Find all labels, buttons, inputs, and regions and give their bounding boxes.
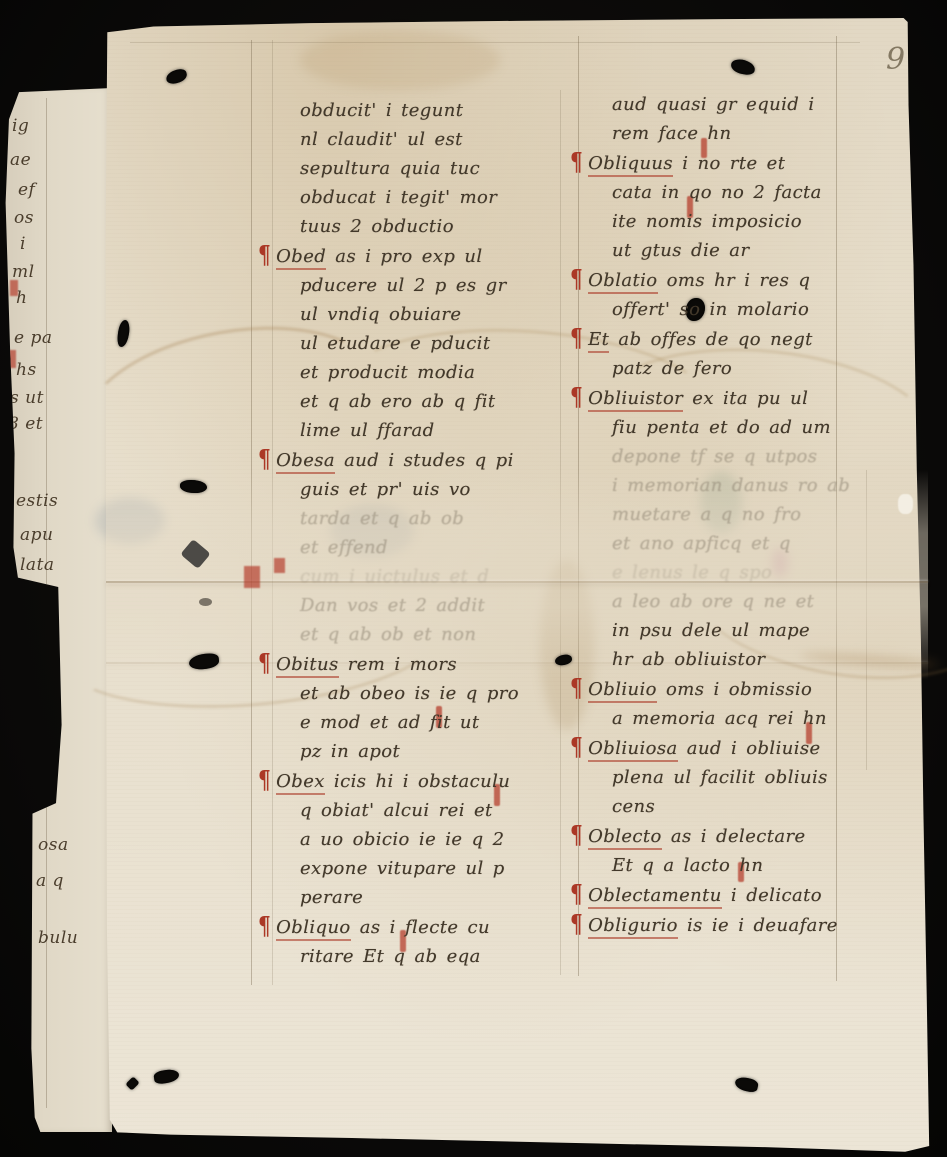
- gray-spot: [199, 598, 212, 606]
- text-line: et q ab ero ab q fit: [300, 387, 560, 416]
- text-line: rem face hn: [612, 119, 892, 148]
- text-line: et q ab ob et non: [300, 620, 560, 649]
- paragraph-mark: ¶: [258, 237, 271, 273]
- headword: Obliuiosa: [588, 738, 678, 762]
- headword: Obed: [276, 246, 326, 270]
- paragraph-mark: ¶: [570, 379, 583, 415]
- text-fragment: lata: [20, 555, 55, 575]
- text-line: tarda et q ab ob: [300, 504, 560, 533]
- headword: Obliuio: [588, 679, 657, 703]
- text-line: cens: [612, 792, 892, 821]
- text-fragment: le: [36, 691, 53, 711]
- text-line: cum i uictulus et d: [300, 562, 560, 591]
- text-fragment: h: [16, 288, 27, 308]
- text-line: guis et pr' uis vo: [300, 475, 560, 504]
- text-line: Et q a lacto hn: [612, 851, 892, 880]
- text-line: sepultura quia tuc: [300, 154, 560, 183]
- glossary-entry-line: ¶Oblatio oms hr i res q: [570, 265, 892, 295]
- text-line: ite nomis imposicio: [612, 207, 892, 236]
- glossary-entry-line: ¶Obliquus i no rte et: [570, 148, 892, 178]
- text-line: expone vitupare ul p: [300, 854, 560, 883]
- text-fragment: bulu: [38, 928, 78, 948]
- text-line: depone tf se q utpos: [612, 442, 892, 471]
- adjacent-leaf-edge: igaeefosimlhe pahss ut8 etestisapulataus…: [0, 88, 112, 1132]
- headword: Obex: [276, 771, 325, 795]
- text-line: offert' so in molario: [612, 295, 892, 324]
- text-line: nl claudit' ul est: [300, 125, 560, 154]
- text-line: ul vndiq obuiare: [300, 300, 560, 329]
- red-pigment-mark: [8, 350, 16, 368]
- glossary-entry-line: ¶Obesa aud i studes q pi: [258, 445, 560, 475]
- text-fragment: apu: [20, 525, 53, 545]
- text-line: e mod et ad fit ut: [300, 708, 560, 737]
- text-line: perare: [300, 883, 560, 912]
- text-fragment: osa: [38, 835, 69, 855]
- text-fragment: estis: [16, 491, 58, 511]
- text-column-2: aud quasi gr equid irem face hn¶Obliquus…: [612, 90, 892, 940]
- wormhole: [180, 480, 207, 493]
- text-fragment: 8 et: [8, 414, 43, 434]
- gray-stain: [95, 498, 165, 544]
- text-fragment: a q: [36, 871, 64, 891]
- text-line: tuus 2 obductio: [300, 212, 560, 241]
- top-stain: [300, 30, 500, 90]
- headword: Oblatio: [588, 270, 657, 294]
- paragraph-mark: ¶: [570, 729, 583, 765]
- text-line: ul etudare e pducit: [300, 329, 560, 358]
- text-fragment: hi: [40, 735, 57, 755]
- text-line: lime ul ffarad: [300, 416, 560, 445]
- text-line: muetare a q no fro: [612, 500, 892, 529]
- text-line: e lenus le q spo: [612, 558, 892, 587]
- text-line: cata in qo no 2 facta: [612, 178, 892, 207]
- text-fragment: s ut: [10, 388, 44, 408]
- paragraph-mark: ¶: [570, 817, 583, 853]
- glossary-entry-line: ¶Obliquo as i flecte cu: [258, 912, 560, 942]
- headword: Obligurio: [588, 915, 678, 939]
- text-line: hr ab obliuistor: [612, 645, 892, 674]
- headword: Obliuistor: [588, 388, 683, 412]
- text-line: i memorian danus ro ab: [612, 471, 892, 500]
- ruling-line: [560, 90, 561, 975]
- ruling-line: [130, 42, 860, 43]
- glossary-entry-line: ¶Obliuio oms i obmissio: [570, 674, 892, 704]
- paragraph-mark: ¶: [258, 645, 271, 681]
- glossary-entry-line: ¶Obitus rem i mors: [258, 649, 560, 679]
- text-line: et ab obeo is ie q pro: [300, 679, 560, 708]
- glossary-entry-line: ¶Obex icis hi i obstaculu: [258, 766, 560, 796]
- glossary-entry-line: ¶Obligurio is ie i deuafare: [570, 910, 892, 940]
- text-fragment: i: [20, 234, 26, 254]
- text-line: obducit' i tegunt: [300, 96, 560, 125]
- text-fragment: ae: [10, 150, 31, 170]
- headword: Obliquo: [276, 917, 351, 941]
- text-line: q obiat' alcui rei et: [300, 796, 560, 825]
- red-pigment-mark: [244, 566, 260, 588]
- text-line: aud quasi gr equid i: [612, 90, 892, 119]
- text-line: et effend: [300, 533, 560, 562]
- text-fragment: ig: [12, 116, 29, 136]
- paragraph-mark: ¶: [570, 144, 583, 180]
- text-line: a leo ab ore q ne et: [612, 587, 892, 616]
- text-line: et ano apficq et q: [612, 529, 892, 558]
- text-line: ut gtus die ar: [612, 236, 892, 265]
- glossary-entry-line: ¶Obliuistor ex ita pu ul: [570, 383, 892, 413]
- text-line: pducere ul 2 p es gr: [300, 271, 560, 300]
- text-line: fiu penta et do ad um: [612, 413, 892, 442]
- text-line: a uo obicio ie ie q 2: [300, 825, 560, 854]
- ruling-line: [46, 98, 47, 1108]
- red-pigment-mark: [274, 558, 285, 573]
- headword: Obliquus: [588, 153, 673, 177]
- glossary-entry-line: ¶Obliuiosa aud i obliuise: [570, 733, 892, 763]
- folio-number: 9: [886, 42, 905, 77]
- paragraph-mark: ¶: [570, 320, 583, 356]
- text-fragment: e pa: [14, 328, 52, 348]
- headword: Oblectamentu: [588, 885, 722, 909]
- frayed-edge: [898, 494, 913, 514]
- headword: Oblecto: [588, 826, 662, 850]
- text-line: obducat i tegit' mor: [300, 183, 560, 212]
- headword: Et: [588, 329, 609, 353]
- text-fragment: ml: [12, 262, 35, 282]
- text-line: Dan vos et 2 addit: [300, 591, 560, 620]
- text-fragment: ud: [32, 765, 55, 785]
- text-fragment: f: [32, 615, 39, 635]
- text-line: ritare Et q ab eqa: [300, 942, 560, 971]
- headword: Obitus: [276, 654, 339, 678]
- text-fragment: us: [26, 583, 47, 603]
- text-line: pz in apot: [300, 737, 560, 766]
- text-line: et producit modia: [300, 358, 560, 387]
- text-line: patz de fero: [612, 354, 892, 383]
- paragraph-mark: ¶: [258, 441, 271, 477]
- paragraph-mark: ¶: [570, 670, 583, 706]
- glossary-entry-line: ¶Obed as i pro exp ul: [258, 241, 560, 271]
- text-line: plena ul facilit obliuis: [612, 763, 892, 792]
- glossary-entry-line: ¶Oblectamentu i delicato: [570, 880, 892, 910]
- paragraph-mark: ¶: [258, 908, 271, 944]
- ruling-line: [272, 40, 273, 985]
- text-line: a memoria acq rei hn: [612, 704, 892, 733]
- manuscript-photo: igaeefosimlhe pahss ut8 etestisapulataus…: [0, 0, 947, 1157]
- text-column-1: obducit' i teguntnl claudit' ul estsepul…: [300, 96, 560, 971]
- ruling-line: [251, 40, 252, 985]
- paragraph-mark: ¶: [570, 906, 583, 942]
- text-line: in psu dele ul mape: [612, 616, 892, 645]
- paragraph-mark: ¶: [258, 762, 271, 798]
- paragraph-mark: ¶: [570, 261, 583, 297]
- text-fragment: ef: [18, 180, 35, 200]
- glossary-entry-line: ¶Et ab offes de qo negt: [570, 324, 892, 354]
- text-fragment: os: [14, 208, 34, 228]
- text-fragment: hs: [16, 360, 37, 380]
- glossary-entry-line: ¶Oblecto as i delectare: [570, 821, 892, 851]
- headword: Obesa: [276, 450, 335, 474]
